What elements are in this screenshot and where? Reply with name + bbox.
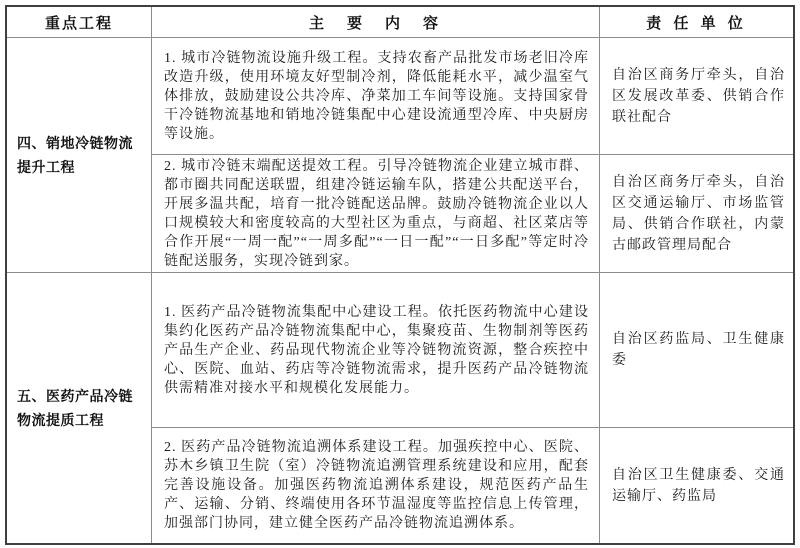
content-text: 2. 城市冷链末端配送提效工程。引导冷链物流企业建立城市群、都市圈共同配送联盟，…	[164, 157, 589, 271]
responsible-cell-g1r2: 自治区商务厅牵头，自治区交通运输厅、市场监管局、供销合作联社，内蒙古邮政管理局配…	[600, 155, 793, 273]
header-key-projects: 重点工程	[7, 7, 152, 38]
content-text: 1. 城市冷链物流设施升级工程。支持农畜产品批发市场老旧冷库改造升级，使用环境友…	[164, 49, 589, 144]
header-main-content: 主 要 内 容	[152, 7, 600, 38]
responsible-cell-g2r2: 自治区卫生健康委、交通运输厅、药监局	[600, 428, 793, 543]
content-cell-g1r1: 1. 城市冷链物流设施升级工程。支持农畜产品批发市场老旧冷库改造升级，使用环境友…	[152, 38, 600, 155]
content-cell-g2r2: 2. 医药产品冷链物流追溯体系建设工程。加强疾控中心、医院、苏木乡镇卫生院（室）…	[152, 428, 600, 543]
content-text: 1. 医药产品冷链物流集配中心建设工程。依托医药物流中心建设集约化医药产品冷链物…	[164, 303, 589, 398]
responsible-cell-g1r1: 自治区商务厅牵头，自治区发展改革委、供销合作联社配合	[600, 38, 793, 155]
content-text: 2. 医药产品冷链物流追溯体系建设工程。加强疾控中心、医院、苏木乡镇卫生院（室）…	[164, 438, 589, 533]
responsible-text: 自治区商务厅牵头，自治区交通运输厅、市场监管局、供销合作联社，内蒙古邮政管理局配…	[612, 172, 785, 256]
project-name: 四、销地冷链物流提升工程	[17, 131, 147, 179]
responsible-text: 自治区商务厅牵头，自治区发展改革委、供销合作联社配合	[612, 65, 785, 128]
responsible-text: 自治区卫生健康委、交通运输厅、药监局	[612, 465, 785, 507]
project-group-2-label: 五、医药产品冷链物流提质工程	[7, 273, 152, 543]
responsible-text: 自治区药监局、卫生健康委	[612, 329, 785, 371]
header-responsible-unit: 责 任 单 位	[600, 7, 793, 38]
content-cell-g2r1: 1. 医药产品冷链物流集配中心建设工程。依托医药物流中心建设集约化医药产品冷链物…	[152, 273, 600, 428]
key-projects-table: 重点工程 主 要 内 容 责 任 单 位 四、销地冷链物流提升工程 1. 城市冷…	[5, 5, 795, 545]
project-group-1-label: 四、销地冷链物流提升工程	[7, 38, 152, 273]
project-name: 五、医药产品冷链物流提质工程	[17, 384, 147, 432]
responsible-cell-g2r1: 自治区药监局、卫生健康委	[600, 273, 793, 428]
content-cell-g1r2: 2. 城市冷链末端配送提效工程。引导冷链物流企业建立城市群、都市圈共同配送联盟，…	[152, 155, 600, 273]
